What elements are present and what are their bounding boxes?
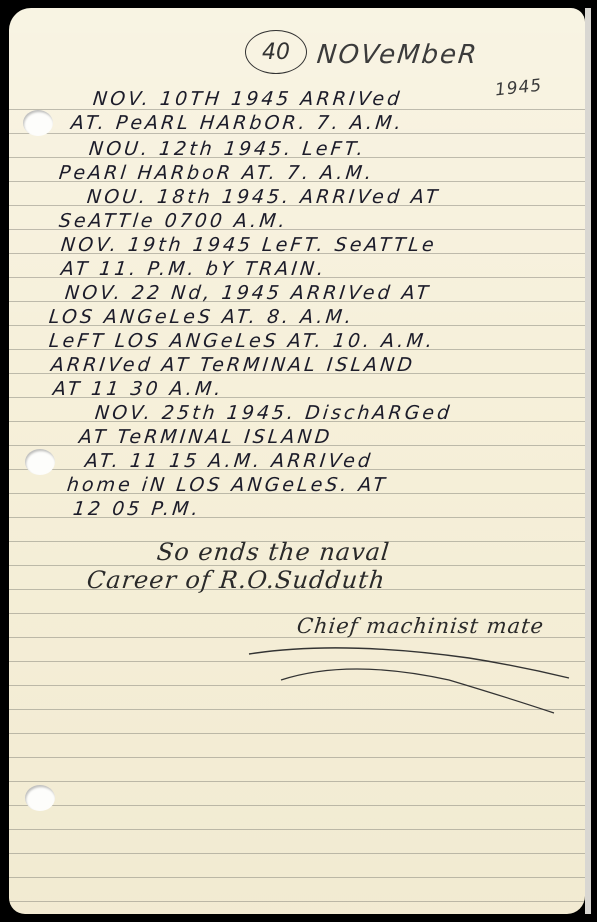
ruled-line: [9, 853, 585, 854]
ruled-line: [9, 661, 585, 662]
entry-line: LOS ANGeLeS AT. 8. A.M.: [48, 306, 355, 328]
entry-line: AT 11 30 A.M.: [52, 378, 225, 400]
ruled-line: [9, 829, 585, 830]
entry-line: LeFT LOS ANGeLeS AT. 10. A.M.: [48, 330, 436, 352]
entry-line: NOV. 10TH 1945 ARRIVed: [92, 88, 404, 110]
punch-hole: [23, 110, 53, 136]
page-number-circle: 40: [245, 30, 307, 74]
entry-line: AT. 11 15 A.M. ARRIVed: [84, 450, 374, 472]
entry-line: SeATTle 0700 A.M.: [58, 210, 289, 232]
ruled-line: [9, 805, 585, 806]
ruled-line: [9, 709, 585, 710]
page-edge: [585, 8, 591, 914]
ruled-line: [9, 685, 585, 686]
entry-line: AT 11. P.M. bY TRAIN.: [60, 258, 328, 280]
entry-line: NOV. 22 Nd, 1945 ARRIVed AT: [64, 282, 432, 304]
entry-line: 12 05 P.M.: [72, 498, 202, 520]
ruled-line: [9, 757, 585, 758]
ruled-line: [9, 901, 585, 902]
entry-line: NOV. 25th 1945. DischARGed: [94, 402, 453, 424]
entry-line: NOU. 12th 1945. LeFT.: [88, 138, 367, 160]
entry-line: PeARl HARboR AT. 7. A.M.: [58, 162, 375, 184]
entry-line: NOU. 18th 1945. ARRIVed AT: [86, 186, 442, 208]
month-header: NOVeMbeR: [315, 40, 479, 70]
closing-line-1: So ends the naval: [156, 538, 392, 566]
notebook-page: 40 NOVeMbeR 1945 NOV. 10TH 1945 ARRIVed …: [9, 8, 585, 914]
entry-line: ARRIVed AT TeRMINAL ISLAND: [50, 354, 416, 376]
entry-line: AT TeRMINAL ISLAND: [78, 426, 334, 448]
closing-line-3: Chief machinist mate: [296, 614, 546, 638]
punch-hole: [25, 785, 55, 811]
ruled-line: [9, 781, 585, 782]
entry-line: AT. PeARL HARbOR. 7. A.M.: [70, 112, 405, 134]
ruled-line: [9, 877, 585, 878]
year-header: 1945: [494, 76, 543, 101]
entry-line: home iN LOS ANGeLeS. AT: [66, 474, 389, 496]
page-number: 40: [262, 40, 290, 65]
ruled-line: [9, 733, 585, 734]
closing-line-2: Career of R.O.Sudduth: [86, 566, 387, 594]
punch-hole: [25, 449, 55, 475]
entry-line: NOV. 19th 1945 LeFT. SeATTLe: [60, 234, 438, 256]
